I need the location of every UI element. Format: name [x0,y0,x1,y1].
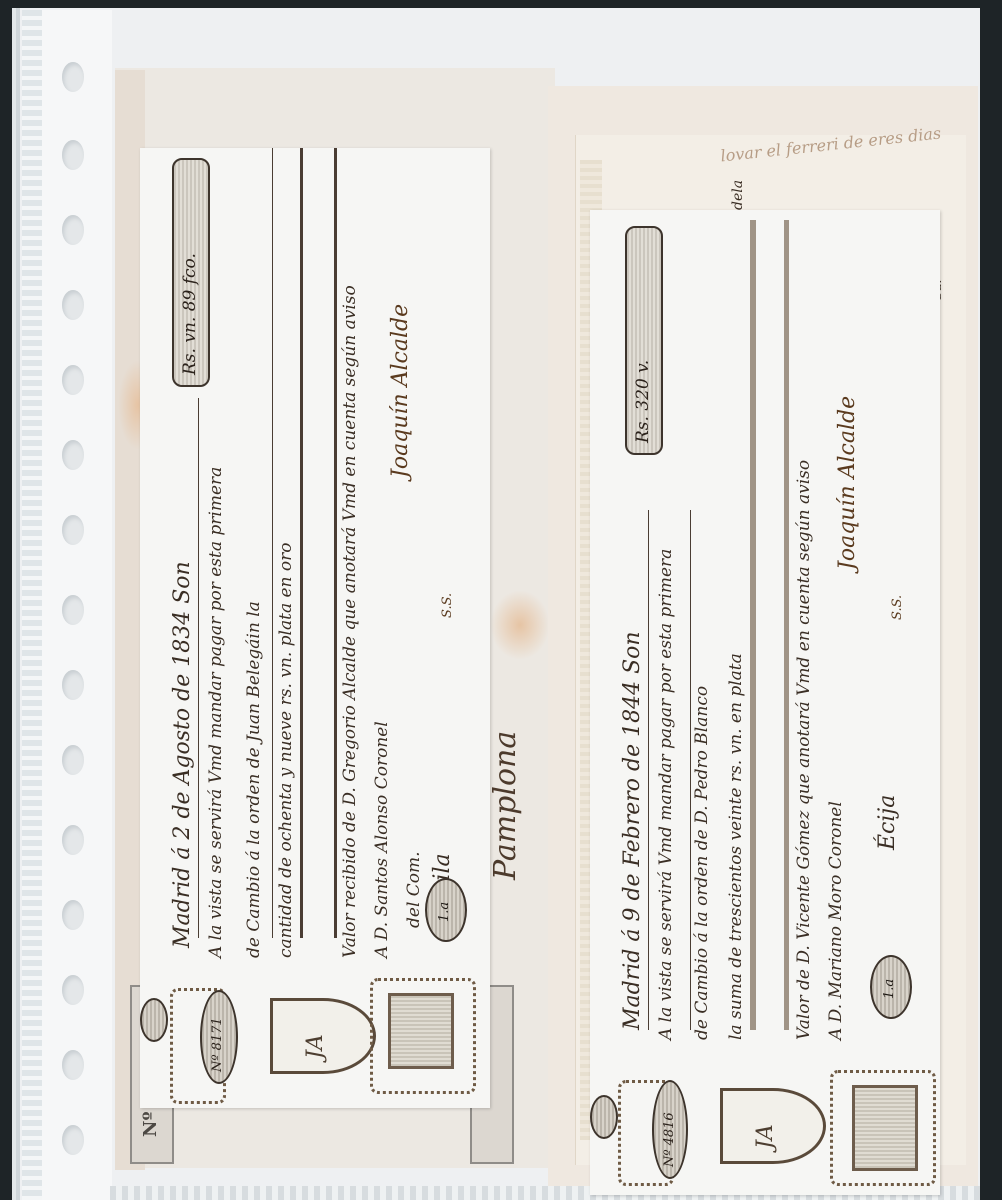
bill-of-exchange-right: Rs. 320 v. Madrid á 9 de Febrero de 1844… [590,210,940,1195]
vignette-number: Nº 8171 [210,1017,225,1072]
amount: Rs. 320 v. [633,360,653,443]
text-line-3: cantidad de ochenta y nueve rs. vn. plat… [276,543,296,959]
ruled-line [648,510,649,1030]
ruled-line [690,510,691,1030]
amount-cartouche: Rs. 320 v. [625,226,663,455]
punch-hole [62,440,84,470]
vignette-number: Nº 4816 [662,1112,677,1167]
punch-hole [62,62,84,92]
punch-hole [62,365,84,395]
back-document-word: Pamplona [488,731,523,880]
punch-hole [62,825,84,855]
punch-hole [62,215,84,245]
addressee-line: A D. Mariano Moro Coronel [826,801,846,1040]
copy-mark: 1.a [882,979,897,999]
value-line: Valor de D. Vicente Gómez que anotará Vm… [794,460,814,1040]
text-line-1: A la vista se servirá Vmd mandar pagar p… [206,467,226,958]
punch-hole [62,290,84,320]
punch-hole [62,670,84,700]
number-oval: Nº 4816 [652,1080,688,1179]
foxing-stain [490,590,550,660]
landscape-picture-frame [852,1085,918,1171]
back-faint-text: dela [730,180,746,210]
flourish-initials: S.S. [440,593,455,618]
signature: Joaquín Alcalde [835,396,860,570]
monogram-shield: JA [270,998,376,1074]
bill-of-exchange-left: Rs. vn. 89 fco. Madrid á 2 de Agosto de … [140,148,490,1108]
text-line-3: la suma de trescientos veinte rs. vn. en… [726,653,746,1040]
ruled-band [784,220,789,1030]
addressee-place: Écija [875,795,900,850]
ruled-line [198,398,199,938]
number-label: Nº [140,1112,161,1137]
text-line-2: de Cambio á la orden de D. Pedro Blanco [692,686,712,1040]
punch-hole [62,595,84,625]
copy-mark-oval: 1.a [870,955,912,1019]
monogram-shield: JA [720,1088,826,1164]
signature: Joaquín Alcalde [388,304,413,478]
ruled-line [300,148,303,938]
number-oval: Nº 8171 [200,990,238,1084]
amount-cartouche: Rs. vn. 89 fco. [172,158,210,387]
text-line-1: A la vista se servirá Vmd mandar pagar p… [656,549,676,1040]
engraved-vignette: Nº 4816 JA [590,1050,940,1190]
punch-hole [62,1125,84,1155]
addressee-line: A D. Santos Alonso Coronel [372,721,392,958]
flourish-initials: S.S. [890,595,905,620]
monogram: JA [303,1034,328,1059]
monogram: JA [753,1124,778,1149]
amount: Rs. vn. 89 fco. [180,253,200,375]
punch-hole [62,140,84,170]
date-line: Madrid á 2 de Agosto de 1834 Son [170,561,195,948]
addressee-title: del Com. [404,851,424,928]
copy-mark: 1.a [437,902,452,922]
copy-mark-oval: 1.a [425,878,467,942]
ruled-band [750,220,756,1030]
punch-hole [62,975,84,1005]
punch-hole [62,1050,84,1080]
ruled-line [334,148,337,938]
small-oval [140,998,168,1042]
text-line-2: de Cambio á la orden de Juan Belegáin la [244,601,264,958]
sleeve-perforated-edge [22,10,42,1200]
punch-hole [62,515,84,545]
date-line: Madrid á 9 de Febrero de 1844 Son [620,631,645,1030]
small-oval [590,1095,618,1139]
punch-hole [62,900,84,930]
engraved-vignette: Nº 8171 JA [140,978,490,1108]
landscape-picture-frame [388,993,454,1069]
punch-hole [62,745,84,775]
ruled-line [272,148,273,938]
value-line: Valor recibido de D. Gregorio Alcalde qu… [340,285,360,958]
